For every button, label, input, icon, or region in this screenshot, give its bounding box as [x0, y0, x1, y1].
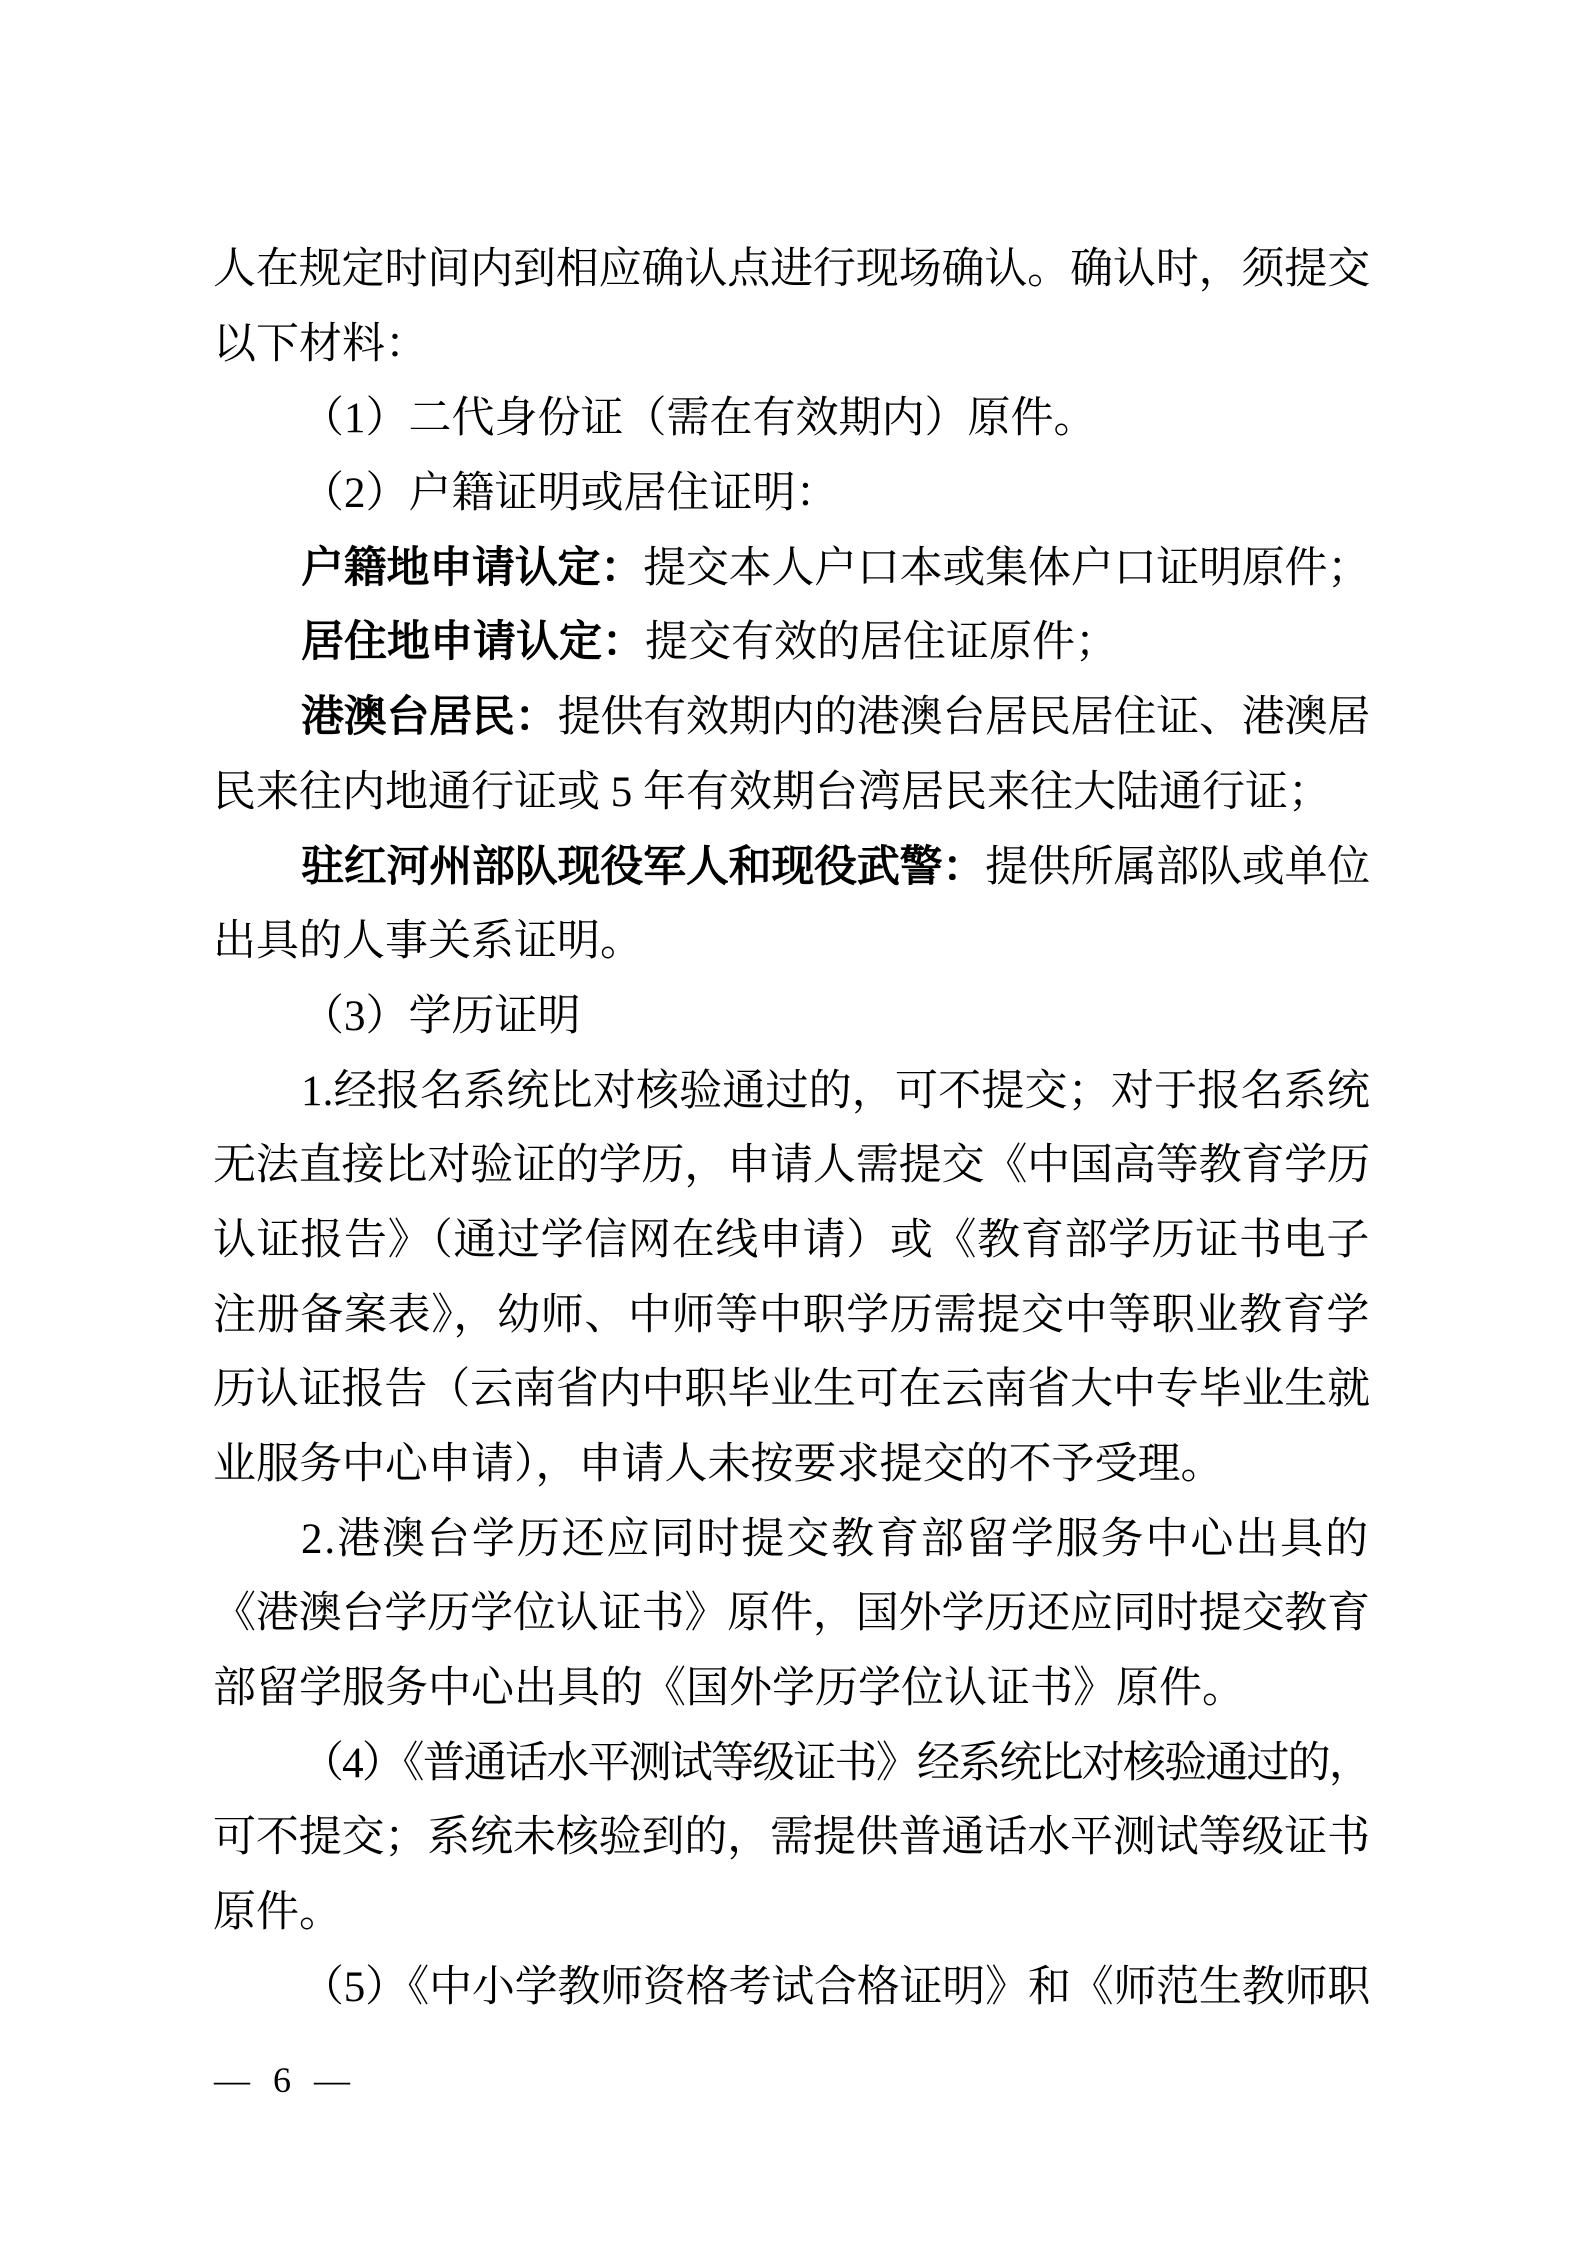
text-line-content: （3）学历证明 — [301, 993, 581, 1040]
text-line: 业服务中心申请），申请人未按要求提交的不予受理。 — [213, 1428, 1370, 1503]
text-line: 认证报告》（通过学信网在线申请）或《教育部学历证书电子 — [213, 1204, 1370, 1279]
text-line-content: （5）《中小学教师资格考试合格证明》和《师范生教师职 — [301, 1964, 1370, 2011]
document-page: 人在规定时间内到相应确认点进行现场确认。确认时，须提交以下材料：（1）二代身份证… — [0, 0, 1587, 2245]
body-text-segment: 无法直接比对验证的学历，申请人需提交《中国高等教育学历 — [213, 1142, 1370, 1189]
text-line-content: 港澳台居民：提供有效期内的港澳台居民居住证、港澳居 — [301, 694, 1370, 741]
text-line: 历认证报告（云南省内中职毕业生可在云南省大中专毕业生就 — [213, 1353, 1370, 1428]
text-line-content: 1.经报名系统比对核验通过的，可不提交；对于报名系统 — [301, 1068, 1370, 1115]
text-line-content: 历认证报告（云南省内中职毕业生可在云南省大中专毕业生就 — [213, 1366, 1370, 1413]
text-line: 2.港澳台学历还应同时提交教育部留学服务中心出具的 — [213, 1503, 1370, 1578]
body-text-segment: 人在规定时间内到相应确认点进行现场确认。确认时，须提交 — [213, 246, 1370, 293]
body-text-segment: 业服务中心申请），申请人未按要求提交的不予受理。 — [213, 1441, 1224, 1488]
text-line-content: 出具的人事关系证明。 — [213, 918, 643, 965]
text-line-content: 无法直接比对验证的学历，申请人需提交《中国高等教育学历 — [213, 1142, 1370, 1189]
text-line-content: 可不提交；系统未核验到的，需提供普通话水平测试等级证书 — [213, 1814, 1370, 1861]
body-text-segment: 《港澳台学历学位认证书》原件，国外学历还应同时提交教育 — [213, 1590, 1370, 1637]
body-text-segment: 原件。 — [213, 1889, 342, 1936]
text-line: 原件。 — [213, 1876, 1370, 1951]
text-line-content: 业服务中心申请），申请人未按要求提交的不予受理。 — [213, 1441, 1224, 1488]
body-text-segment: 1.经报名系统比对核验通过的，可不提交；对于报名系统 — [301, 1068, 1370, 1115]
text-line: （3）学历证明 — [213, 980, 1370, 1055]
text-line: 注册备案表》，幼师、中师等中职学历需提交中等职业教育学 — [213, 1279, 1370, 1354]
text-line-content: （4）《普通话水平测试等级证书》经系统比对核验通过的， — [301, 1740, 1370, 1787]
body-text-segment: 认证报告》（通过学信网在线申请）或《教育部学历证书电子 — [213, 1217, 1370, 1264]
body-text-segment: （5）《中小学教师资格考试合格证明》和《师范生教师职 — [301, 1964, 1370, 2011]
body-text-segment: 提供有效期内的港澳台居民居住证、港澳居 — [558, 694, 1370, 741]
body-text-segment: 注册备案表》，幼师、中师等中职学历需提交中等职业教育学 — [213, 1292, 1370, 1339]
body-text-segment: 可不提交；系统未核验到的，需提供普通话水平测试等级证书 — [213, 1814, 1370, 1861]
emphasis-text: 居住地申请认定： — [301, 619, 645, 666]
body-text-segment: 部留学服务中心出具的《国外学历学位认证书》原件。 — [213, 1665, 1245, 1712]
text-line: （5）《中小学教师资格考试合格证明》和《师范生教师职 — [213, 1951, 1370, 2026]
text-line-content: 人在规定时间内到相应确认点进行现场确认。确认时，须提交 — [213, 246, 1370, 293]
text-line-content: 户籍地申请认定：提交本人户口本或集体户口证明原件； — [301, 545, 1370, 592]
text-line-content: 认证报告》（通过学信网在线申请）或《教育部学历证书电子 — [213, 1217, 1370, 1264]
text-line-content: （2）户籍证明或居住证明： — [301, 470, 839, 517]
text-line: 民来往内地通行证或 5 年有效期台湾居民来往大陆通行证； — [213, 756, 1370, 831]
text-line-content: 2.港澳台学历还应同时提交教育部留学服务中心出具的 — [301, 1516, 1370, 1563]
document-body: 人在规定时间内到相应确认点进行现场确认。确认时，须提交以下材料：（1）二代身份证… — [213, 233, 1370, 2026]
text-line: 《港澳台学历学位认证书》原件，国外学历还应同时提交教育 — [213, 1577, 1370, 1652]
text-line-content: 《港澳台学历学位认证书》原件，国外学历还应同时提交教育 — [213, 1590, 1370, 1637]
body-text-segment: （2）户籍证明或居住证明： — [301, 470, 839, 517]
page-number-label: — 6 — — [214, 2060, 352, 2100]
text-line-content: 部留学服务中心出具的《国外学历学位认证书》原件。 — [213, 1665, 1245, 1712]
emphasis-text: 港澳台居民： — [301, 694, 558, 741]
text-line-content: （1）二代身份证（需在有效期内）原件。 — [301, 395, 1097, 442]
text-line: 部留学服务中心出具的《国外学历学位认证书》原件。 — [213, 1652, 1370, 1727]
text-line-content: 民来往内地通行证或 5 年有效期台湾居民来往大陆通行证； — [213, 769, 1331, 816]
text-line: 无法直接比对验证的学历，申请人需提交《中国高等教育学历 — [213, 1129, 1370, 1204]
body-text-segment: 历认证报告（云南省内中职毕业生可在云南省大中专毕业生就 — [213, 1366, 1370, 1413]
text-line-content: 注册备案表》，幼师、中师等中职学历需提交中等职业教育学 — [213, 1292, 1370, 1339]
emphasis-text: 户籍地申请认定： — [301, 545, 643, 592]
body-text-segment: 2.港澳台学历还应同时提交教育部留学服务中心出具的 — [301, 1516, 1370, 1563]
text-line: 以下材料： — [213, 308, 1370, 383]
body-text-segment: （4）《普通话水平测试等级证书》经系统比对核验通过的， — [301, 1740, 1370, 1787]
body-text-segment: 民来往内地通行证或 5 年有效期台湾居民来往大陆通行证； — [213, 769, 1331, 816]
text-line: 港澳台居民：提供有效期内的港澳台居民居住证、港澳居 — [213, 681, 1370, 756]
body-text-segment: 提供所属部队或单位 — [985, 844, 1370, 891]
body-text-segment: 以下材料： — [213, 321, 428, 368]
page-number: — 6 — — [214, 2054, 352, 2106]
body-text-segment: （1）二代身份证（需在有效期内）原件。 — [301, 395, 1097, 442]
text-line: 出具的人事关系证明。 — [213, 905, 1370, 980]
text-line: 驻红河州部队现役军人和现役武警：提供所属部队或单位 — [213, 831, 1370, 906]
text-line: 可不提交；系统未核验到的，需提供普通话水平测试等级证书 — [213, 1801, 1370, 1876]
text-line: 人在规定时间内到相应确认点进行现场确认。确认时，须提交 — [213, 233, 1370, 308]
text-line: （1）二代身份证（需在有效期内）原件。 — [213, 382, 1370, 457]
text-line-content: 原件。 — [213, 1889, 342, 1936]
emphasis-text: 驻红河州部队现役军人和现役武警： — [301, 844, 985, 891]
text-line: （2）户籍证明或居住证明： — [213, 457, 1370, 532]
text-line: （4）《普通话水平测试等级证书》经系统比对核验通过的， — [213, 1727, 1370, 1802]
body-text-segment: （3）学历证明 — [301, 993, 581, 1040]
body-text-segment: 提交有效的居住证原件； — [645, 619, 1118, 666]
text-line: 居住地申请认定：提交有效的居住证原件； — [213, 606, 1370, 681]
body-text-segment: 出具的人事关系证明。 — [213, 918, 643, 965]
text-line-content: 以下材料： — [213, 321, 428, 368]
text-line-content: 驻红河州部队现役军人和现役武警：提供所属部队或单位 — [301, 844, 1370, 891]
text-line: 1.经报名系统比对核验通过的，可不提交；对于报名系统 — [213, 1055, 1370, 1130]
text-line-content: 居住地申请认定：提交有效的居住证原件； — [301, 619, 1118, 666]
body-text-segment: 提交本人户口本或集体户口证明原件； — [643, 545, 1370, 592]
text-line: 户籍地申请认定：提交本人户口本或集体户口证明原件； — [213, 532, 1370, 607]
